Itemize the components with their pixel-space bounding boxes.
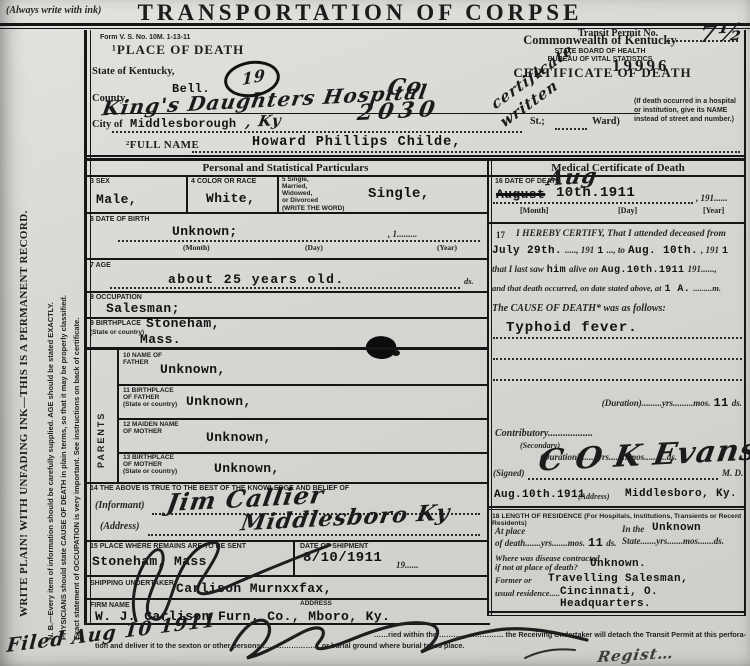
city-typed-value: Middlesborough (130, 117, 236, 131)
state-label: State of Kentucky, (92, 66, 175, 77)
rule-row4 (84, 317, 487, 319)
dob-year-sub: (Year) (437, 243, 457, 252)
duration1-line: (Duration).........yrs.........mos.11ds. (520, 396, 742, 410)
occupation-typed-value: Salesman; (106, 301, 180, 316)
certify-l3c: 191......, (687, 264, 716, 274)
ward-label: Ward) (592, 116, 620, 127)
certify-sep2: ..., to (607, 245, 625, 255)
former-line1: Former or (495, 575, 532, 585)
handwritten-2030: 2030 (356, 96, 442, 126)
certify-alive-date-typed: Aug.10th.1911 (601, 265, 684, 276)
mother-name-typed-value: Unknown, (206, 430, 272, 445)
rule-signed2 (487, 509, 745, 510)
certify-l3b: alive on (569, 264, 598, 274)
dob-label: 6 DATE OF BIRTH (90, 216, 149, 224)
certify-line2: July 29th......, 1911..., toAug. 10th., … (492, 245, 744, 257)
physician-signature: C O K Evans (536, 432, 750, 478)
birthplace-sub-label: (State or country) (90, 329, 144, 336)
father-name-typed-value: Unknown, (160, 362, 226, 377)
certify-l4b: .........m. (693, 283, 721, 293)
personal-section-title: Personal and Statistical Particulars (84, 162, 487, 174)
race-typed-value: White, (206, 191, 255, 206)
duration1-label: (Duration).........yrs.........mos. (602, 398, 711, 408)
hospital-note: (If death occurred in a hospital or inst… (634, 98, 744, 124)
rule-columns-top-thick (84, 158, 745, 161)
rule-under-section-titles (84, 175, 745, 177)
dod-year-sub: [Year] (703, 206, 724, 215)
in-state-typed-value: Unknown (652, 522, 701, 534)
marital-label: 5 Single, Married, Widowed, or Divorced … (282, 176, 344, 212)
column-divider-thin (491, 158, 492, 616)
dob-year-blank: , 1......... (388, 229, 417, 239)
rule-columns-top-thin (84, 155, 745, 157)
ink-note: (Always write with ink) (6, 5, 101, 16)
receiving-undertaker-signature-scrawl (225, 610, 595, 664)
cell-divider-race-marital (277, 175, 279, 212)
father-birthplace-label: 11 BIRTHPLACE OF FATHER (State or countr… (123, 387, 177, 408)
transit-permit-number: 7½ (697, 17, 746, 48)
dod-struck-typed: August (496, 187, 545, 202)
certify-l4a: and that death occurred, on date stated … (492, 283, 662, 293)
dod-day-sub: [Day] (618, 206, 637, 215)
cause-dotted-line1 (493, 337, 742, 339)
rule-dod (487, 222, 745, 224)
dod-month-sub: [Month] (520, 206, 548, 215)
district-number: 19 (242, 65, 266, 89)
county-rule (106, 113, 640, 114)
age-dotted-line (110, 287, 460, 289)
column-divider-thick (487, 158, 489, 616)
mother-birthplace-label: 13 BIRTHPLACE OF MOTHER (State or countr… (123, 454, 177, 475)
contracted-typed-value: Unknown. (590, 558, 646, 570)
place-of-death-label: ¹PLACE OF DEATH (112, 42, 244, 58)
ink-blot-satellite (392, 350, 400, 356)
dod-dotted-line (493, 202, 693, 204)
father-name-label: 10 NAME OF FATHER (123, 352, 162, 366)
age-ds-label: ds. (464, 276, 474, 286)
former-typed-value1: Travelling Salesman, (548, 573, 688, 585)
registered-number: 19996 (612, 56, 670, 76)
certify-hour-typed: 1 A. (665, 284, 691, 295)
shipment-year-blank: 19...... (396, 560, 419, 570)
certify-him-typed: him (547, 265, 566, 276)
state-blank-line: State.......yrs.......mos.......ds. (622, 536, 724, 546)
full-name-label: ²FULL NAME (126, 139, 199, 151)
certify-from-typed: July 29th. (492, 245, 562, 257)
former-typed-value2: Cincinnati, O. Headquarters. (560, 586, 750, 610)
rule-row1 (84, 212, 487, 214)
certify-line1: I HEREBY CERTIFY, That I attended deceas… (516, 229, 726, 239)
dob-day-sub: (Day) (305, 243, 323, 252)
at-place-line1: At place (495, 526, 525, 536)
at-place-typed-value: 11 (588, 536, 603, 550)
at-place-line2: of death.......yrs.......mos.11ds. (495, 536, 616, 550)
birthplace-typed-value1: Stoneham, (146, 316, 220, 331)
at-place-label: of death.......yrs.......mos. (495, 538, 585, 548)
certify-year1-typed: 1 (597, 246, 603, 257)
contributory-label: Contributory.................. (495, 428, 593, 439)
rule-parents1 (117, 384, 487, 386)
sidebar-nb-line3: Exact statement of OCCUPATION is very im… (72, 45, 81, 640)
former-line2: usual residence..... (495, 588, 560, 598)
sex-label: 3 SEX (90, 178, 110, 186)
cause-of-death-label: The CAUSE OF DEATH* was as follows: (492, 303, 666, 314)
mother-name-label: 12 MAIDEN NAME OF MOTHER (123, 421, 179, 435)
birthplace-typed-value2: Mass. (140, 332, 181, 347)
informant-address-label: (Address) (100, 521, 139, 532)
mother-birthplace-typed-value: Unknown, (214, 461, 280, 476)
cause-typed-value: Typhoid fever. (506, 320, 638, 336)
sidebar-nb-line2: PHYSICIANS should state CAUSE OF DEATH i… (59, 45, 68, 640)
rule-top-thick (0, 23, 750, 26)
border-right (744, 30, 746, 616)
scanned-death-certificate: (Always write with ink) TRANSPORTATION O… (0, 0, 750, 666)
race-label: 4 COLOR OR RACE (191, 178, 256, 186)
cause-dotted-line2 (493, 358, 742, 360)
dod-year-blank: , 191...... (696, 193, 728, 203)
certify-to-typed: Aug. 10th. (628, 245, 698, 257)
father-birthplace-typed-value: Unknown, (186, 394, 252, 409)
duration1-ds: ds. (732, 398, 742, 408)
dob-typed-value: Unknown; (172, 224, 238, 239)
informant-label: (Informant) (95, 500, 144, 511)
duration1-typed-value: 11 (714, 396, 729, 410)
contracted-line2: if not at place of death? (495, 562, 578, 572)
border-left-thick (84, 30, 87, 624)
certify-line3: that I last sawhimalive onAug.10th.19111… (492, 264, 744, 276)
dob-dotted-line (118, 240, 480, 242)
at-place-ds: ds. (606, 538, 616, 548)
sidebar-warning: WRITE PLAIN! WITH UNFADING INK—THIS IS A… (18, 52, 30, 617)
marital-typed-value: Single, (368, 186, 430, 202)
rule-row3 (84, 291, 487, 293)
city-handwritten-value: , Ky (244, 111, 283, 131)
registrar-handwritten-note: Regist… (596, 644, 675, 666)
residence-heading: 18 LENGTH OF RESIDENCE (For Hospitals, I… (492, 513, 744, 527)
age-typed-value: about 25 years old. (168, 272, 345, 287)
parents-vertical-label: PARENTS (96, 378, 106, 468)
full-name-typed-value: Howard Phillips Childe, (252, 135, 461, 150)
birthplace-label: 9 BIRTHPLACE (90, 320, 141, 328)
certify-year2-typed: 1 (722, 246, 728, 257)
signed-address-label: (Address) (578, 492, 610, 501)
form-number: Form V. S. No. 10M. 1-13-11 (100, 34, 190, 42)
dob-month-sub: (Month) (183, 243, 210, 252)
rule-signed (487, 506, 745, 508)
signed-dotted-line (528, 478, 718, 480)
certify-sep1: ....., 191 (565, 245, 594, 255)
rule-parents2 (117, 418, 487, 420)
md-label: M. D. (722, 468, 743, 478)
certify-l3a: that I last saw (492, 264, 544, 274)
ward-dotted-line (555, 128, 587, 130)
full-name-dotted-line (192, 151, 740, 153)
in-the-label: In the (622, 524, 644, 534)
rule-row5 (84, 347, 487, 350)
age-label: 7 AGE (90, 262, 111, 270)
st-label: St.; (530, 116, 545, 127)
sidebar-nb-line1: N. B.—Every item of information should b… (46, 45, 55, 640)
certify-number: 17 (496, 230, 505, 240)
cell-divider-sex-race (186, 175, 188, 212)
dod-typed-value: 10th.1911 (556, 185, 635, 201)
signed-address-typed: Middlesboro, Ky. (625, 488, 737, 500)
cause-dotted-line3 (493, 379, 742, 381)
board-heading: STATE BOARD OF HEALTH (500, 48, 700, 55)
rule-row2 (84, 258, 487, 260)
certify-line4: and that death occurred, on date stated … (492, 283, 744, 295)
city-label: City of (92, 119, 123, 130)
medical-section-title: Medical Certificate of Death (492, 162, 744, 174)
signed-label: (Signed) (493, 468, 525, 478)
city-dotted-line (112, 131, 522, 133)
signed-date-typed: Aug.10th.1911 (494, 489, 585, 501)
parents-cell-divider (117, 349, 119, 482)
sex-typed-value: Male, (96, 192, 137, 207)
certify-sep3: , 191 (701, 245, 719, 255)
